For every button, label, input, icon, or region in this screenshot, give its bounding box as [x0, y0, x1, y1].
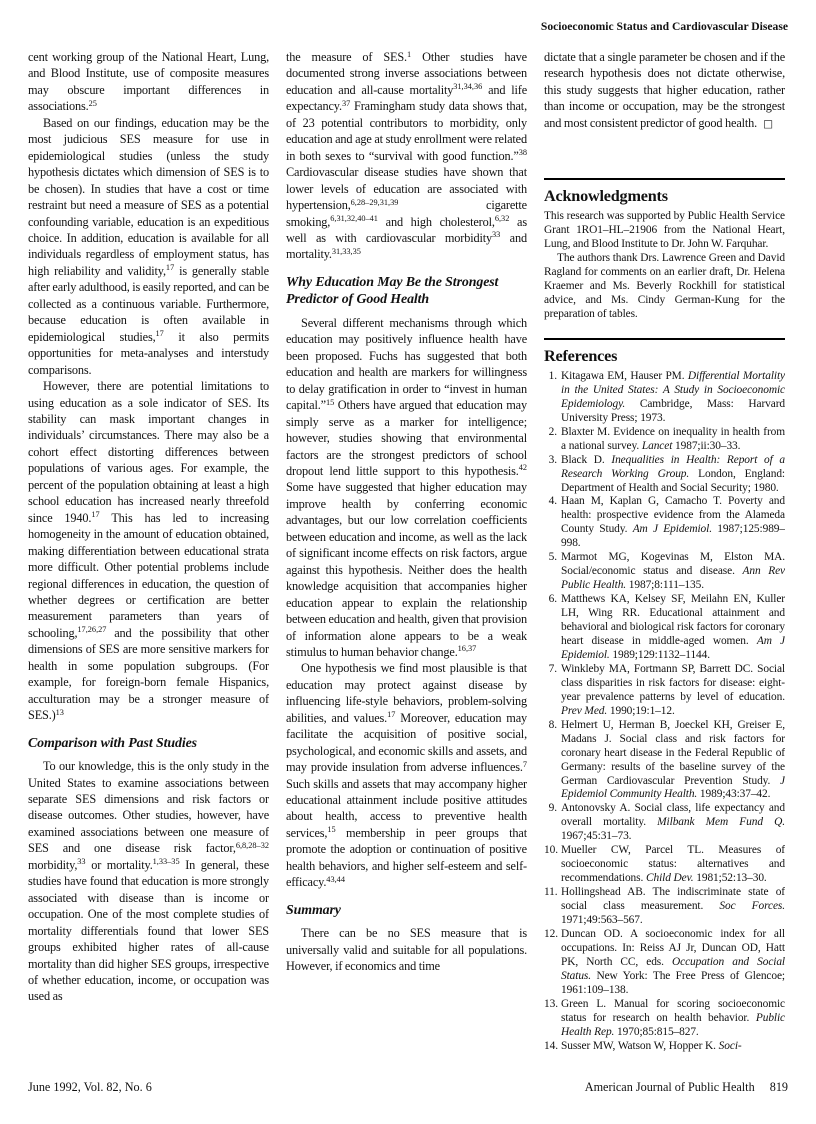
column-1: cent working group of the National Heart… [28, 49, 269, 1055]
reference-item: 14.Susser MW, Watson W, Hopper K. Soci- [544, 1040, 785, 1054]
article-columns: cent working group of the National Heart… [28, 49, 788, 1055]
footer-issue-info: June 1992, Vol. 82, No. 6 [28, 1080, 152, 1095]
paragraph: Based on our findings, education may be … [28, 115, 269, 378]
paragraph: the measure of SES.1 Other studies have … [286, 49, 527, 263]
reference-text: Marmot MG, Kogevinas M, Elston MA. Socia… [561, 551, 785, 591]
reference-number: 1. [544, 370, 557, 384]
reference-number: 5. [544, 551, 557, 565]
paragraph: dictate that a single parameter be chose… [544, 49, 785, 132]
reference-item: 11.Hollingshead AB. The indiscriminate s… [544, 886, 785, 928]
reference-text: Matthews KA, Kelsey SF, Meilahn EN, Kull… [561, 593, 785, 661]
footer-page-number: 819 [770, 1080, 788, 1094]
subsection-heading: Comparison with Past Studies [28, 735, 269, 753]
end-of-article-box: □ [763, 118, 773, 130]
reference-item: 13.Green L. Manual for scoring socioecon… [544, 998, 785, 1040]
section-references: References [544, 338, 785, 365]
reference-text: Black D. Inequalities in Health: Report … [561, 454, 785, 494]
reference-number: 6. [544, 593, 557, 607]
section-title: Acknowledgments [544, 187, 785, 205]
reference-text: Antonovsky A. Social class, life expecta… [561, 802, 785, 842]
paragraph: The authors thank Drs. Lawrence Green an… [544, 252, 785, 322]
reference-text: Helmert U, Herman B, Joeckel KH, Greiser… [561, 719, 785, 801]
paragraph: There can be no SES measure that is univ… [286, 925, 527, 974]
section-acknowledgments: Acknowledgments [544, 178, 785, 205]
reference-number: 9. [544, 802, 557, 816]
reference-item: 4.Haan M, Kaplan G, Camacho T. Poverty a… [544, 495, 785, 551]
reference-text: Blaxter M. Evidence on inequality in hea… [561, 426, 785, 452]
footer-journal-info: American Journal of Public Health 819 [585, 1080, 788, 1095]
paragraph: cent working group of the National Heart… [28, 49, 269, 115]
reference-text: Green L. Manual for scoring socioeconomi… [561, 998, 785, 1038]
running-head: Socioeconomic Status and Cardiovascular … [28, 16, 788, 34]
reference-item: 7.Winkleby MA, Fortmann SP, Barrett DC. … [544, 663, 785, 719]
reference-item: 3.Black D. Inequalities in Health: Repor… [544, 454, 785, 496]
reference-list: 1.Kitagawa EM, Hauser PM. Differential M… [544, 370, 785, 1054]
reference-number: 11. [544, 886, 557, 900]
reference-item: 6.Matthews KA, Kelsey SF, Meilahn EN, Ku… [544, 593, 785, 663]
section-rule [544, 178, 785, 180]
reference-text: Haan M, Kaplan G, Camacho T. Poverty and… [561, 495, 785, 549]
reference-number: 12. [544, 928, 557, 942]
subsection-heading: Summary [286, 902, 527, 920]
column-3: dictate that a single parameter be chose… [544, 49, 785, 1055]
section-title: References [544, 347, 785, 365]
reference-number: 2. [544, 426, 557, 440]
reference-number: 8. [544, 719, 557, 733]
journal-page: { "header": { "running_title": "Socioeco… [0, 0, 816, 1124]
section-rule [544, 338, 785, 340]
paragraph: Several different mechanisms through whi… [286, 315, 527, 661]
reference-item: 5.Marmot MG, Kogevinas M, Elston MA. Soc… [544, 551, 785, 593]
page: Socioeconomic Status and Cardiovascular … [0, 0, 816, 1124]
reference-number: 7. [544, 663, 557, 677]
column-2: the measure of SES.1 Other studies have … [286, 49, 527, 1055]
reference-number: 10. [544, 844, 557, 858]
reference-text: Winkleby MA, Fortmann SP, Barrett DC. So… [561, 663, 785, 717]
reference-text: Duncan OD. A socioeconomic index for all… [561, 928, 785, 996]
reference-item: 9.Antonovsky A. Social class, life expec… [544, 802, 785, 844]
reference-item: 8.Helmert U, Herman B, Joeckel KH, Greis… [544, 719, 785, 803]
reference-item: 1.Kitagawa EM, Hauser PM. Differential M… [544, 370, 785, 426]
paragraph: One hypothesis we find most plausible is… [286, 660, 527, 890]
reference-text: Hollingshead AB. The indiscriminate stat… [561, 886, 785, 926]
reference-item: 12.Duncan OD. A socioeconomic index for … [544, 928, 785, 998]
reference-number: 4. [544, 495, 557, 509]
reference-item: 10.Mueller CW, Parcel TL. Measures of so… [544, 844, 785, 886]
reference-text: Kitagawa EM, Hauser PM. Differential Mor… [561, 370, 785, 424]
paragraph: This research was supported by Public He… [544, 210, 785, 252]
paragraph: However, there are potential limitations… [28, 378, 269, 724]
reference-text: Mueller CW, Parcel TL. Measures of socio… [561, 844, 785, 884]
reference-number: 14. [544, 1040, 557, 1054]
reference-item: 2.Blaxter M. Evidence on inequality in h… [544, 426, 785, 454]
reference-number: 13. [544, 998, 557, 1012]
reference-text: Susser MW, Watson W, Hopper K. Soci- [561, 1040, 742, 1052]
page-footer: June 1992, Vol. 82, No. 6 American Journ… [28, 1080, 788, 1095]
footer-journal-name: American Journal of Public Health [585, 1080, 755, 1094]
paragraph: To our knowledge, this is the only study… [28, 758, 269, 1005]
reference-number: 3. [544, 454, 557, 468]
subsection-heading: Why Education May Be the Strongest Predi… [286, 274, 527, 309]
